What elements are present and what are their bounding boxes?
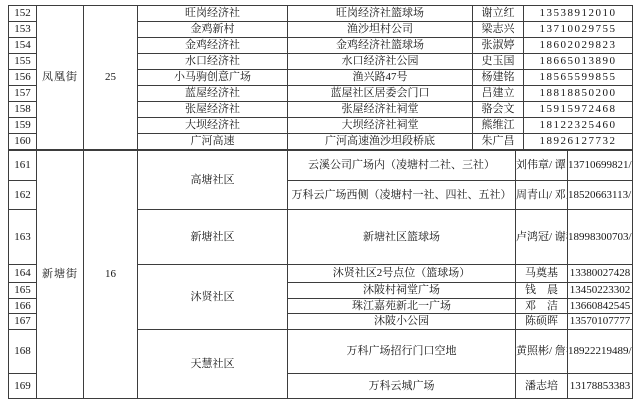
community-cell: 张屋经济社: [138, 102, 288, 118]
location-cell: 万科云广场西侧（凌塘村一社、四社、五社）: [288, 181, 516, 210]
contact-cell: 周青山/ 邓玉洁: [516, 181, 568, 210]
community-cell: 金鸡经济社: [138, 38, 288, 54]
phone-cell: 13710699821/ 18664753379: [568, 151, 633, 181]
location-cell: 水口经济社公园: [288, 54, 473, 70]
location-cell: 万科云城广场: [288, 374, 516, 399]
contact-cell: 钱 晨: [516, 283, 568, 299]
count-cell: 16: [84, 151, 138, 399]
row-number-cell: 163: [9, 210, 37, 265]
row-number-cell: 161: [9, 151, 37, 181]
row-number-cell: 159: [9, 118, 37, 134]
contact-cell: 刘伟章/ 谭 芳: [516, 151, 568, 181]
phone-cell: 18922219489/ 13145701831/ 13076873553: [568, 330, 633, 374]
row-number-cell: 167: [9, 314, 37, 330]
location-cell: 沐陂村祠堂广场: [288, 283, 516, 299]
location-cell: 张屋经济社祠堂: [288, 102, 473, 118]
location-cell: 沐贤社区2号点位（篮球场）: [288, 265, 516, 283]
location-cell: 珠江嘉苑新北一广场: [288, 299, 516, 314]
location-cell: 大坝经济社祠堂: [288, 118, 473, 134]
contact-cell: 吕建立: [473, 86, 524, 102]
row-number-cell: 162: [9, 181, 37, 210]
contact-cell: 梁志兴: [473, 22, 524, 38]
contact-cell: 马奠基: [516, 265, 568, 283]
community-cell: 旺岗经济社: [138, 6, 288, 22]
phone-cell: 18520663113/ 13825009727: [568, 181, 633, 210]
location-cell: 渔沙坦村公司: [288, 22, 473, 38]
row-number-cell: 158: [9, 102, 37, 118]
phone-cell: 13380027428: [568, 265, 633, 283]
contact-cell: 黄照彬/ 詹祁岳/ 张自清: [516, 330, 568, 374]
street-cell: 新塘街: [37, 151, 84, 399]
community-cell: 沐贤社区: [138, 265, 288, 330]
location-cell: 蓝屋社区居委会门口: [288, 86, 473, 102]
row-number-cell: 152: [9, 6, 37, 22]
table-section-fenghuang: 152 凤凰街 25 旺岗经济社 旺岗经济社篮球场 谢立红 1353891201…: [8, 5, 633, 150]
location-cell: 沐陂小公园: [288, 314, 516, 330]
contact-cell: 潘志培: [516, 374, 568, 399]
contact-cell: 朱广昌: [473, 134, 524, 150]
contact-cell: 熊维江: [473, 118, 524, 134]
contact-cell: 骆会文: [473, 102, 524, 118]
location-cell: 渔兴路47号: [288, 70, 473, 86]
location-cell: 万科广场招行门口空地: [288, 330, 516, 374]
phone-cell: 18998300703/ 13822103068/ 13112271395/ 1…: [568, 210, 633, 265]
document-page: 152 凤凰街 25 旺岗经济社 旺岗经济社篮球场 谢立红 1353891201…: [0, 0, 640, 404]
location-cell: 新塘社区篮球场: [288, 210, 516, 265]
row-number-cell: 166: [9, 299, 37, 314]
community-cell: 广河高速: [138, 134, 288, 150]
table-row: 152 凤凰街 25 旺岗经济社 旺岗经济社篮球场 谢立红 1353891201…: [9, 6, 633, 22]
table-row: 161 新塘街 16 高塘社区 云溪公司广场内（凌塘村二社、三社） 刘伟章/ 谭…: [9, 151, 633, 181]
community-cell: 高塘社区: [138, 151, 288, 210]
community-cell: 天慧社区: [138, 330, 288, 399]
phone-cell: 18926127732: [524, 134, 633, 150]
row-number-cell: 157: [9, 86, 37, 102]
phone-cell: 13178853383: [568, 374, 633, 399]
contact-cell: 杨建铭: [473, 70, 524, 86]
phone-cell: 13450223302: [568, 283, 633, 299]
row-number-cell: 160: [9, 134, 37, 150]
row-number-cell: 165: [9, 283, 37, 299]
location-cell: 旺岗经济社篮球场: [288, 6, 473, 22]
venue-table: 152 凤凰街 25 旺岗经济社 旺岗经济社篮球场 谢立红 1353891201…: [8, 5, 633, 399]
row-number-cell: 154: [9, 38, 37, 54]
phone-cell: 13570107777: [568, 314, 633, 330]
community-cell: 蓝屋经济社: [138, 86, 288, 102]
contact-cell: 卢鸿冠/ 谢穗敏/ 刘敬涛/ 黄晓静: [516, 210, 568, 265]
phone-cell: 18122325460: [524, 118, 633, 134]
contact-cell: 谢立红: [473, 6, 524, 22]
row-number-cell: 155: [9, 54, 37, 70]
row-number-cell: 164: [9, 265, 37, 283]
phone-cell: 18818850200: [524, 86, 633, 102]
street-cell: 凤凰街: [37, 6, 84, 150]
phone-cell: 13538912010: [524, 6, 633, 22]
contact-cell: 史玉国: [473, 54, 524, 70]
community-cell: 金鸡新村: [138, 22, 288, 38]
location-cell: 金鸡经济社篮球场: [288, 38, 473, 54]
community-cell: 水口经济社: [138, 54, 288, 70]
row-number-cell: 169: [9, 374, 37, 399]
phone-cell: 18565599855: [524, 70, 633, 86]
location-cell: 云溪公司广场内（凌塘村二社、三社）: [288, 151, 516, 181]
community-cell: 新塘社区: [138, 210, 288, 265]
phone-cell: 15915972468: [524, 102, 633, 118]
contact-cell: 陈硕晖: [516, 314, 568, 330]
phone-cell: 18602029823: [524, 38, 633, 54]
row-number-cell: 156: [9, 70, 37, 86]
location-cell: 广河高速渔沙坦段桥底: [288, 134, 473, 150]
community-cell: 大坝经济社: [138, 118, 288, 134]
row-number-cell: 168: [9, 330, 37, 374]
community-cell: 小马驹创意广场: [138, 70, 288, 86]
phone-cell: 13660842545: [568, 299, 633, 314]
phone-cell: 13710029755: [524, 22, 633, 38]
count-cell: 25: [84, 6, 138, 150]
contact-cell: 张淑婷: [473, 38, 524, 54]
contact-cell: 邓 洁: [516, 299, 568, 314]
row-number-cell: 153: [9, 22, 37, 38]
table-section-xintang: 161 新塘街 16 高塘社区 云溪公司广场内（凌塘村二社、三社） 刘伟章/ 谭…: [8, 150, 633, 399]
phone-cell: 18665013890: [524, 54, 633, 70]
